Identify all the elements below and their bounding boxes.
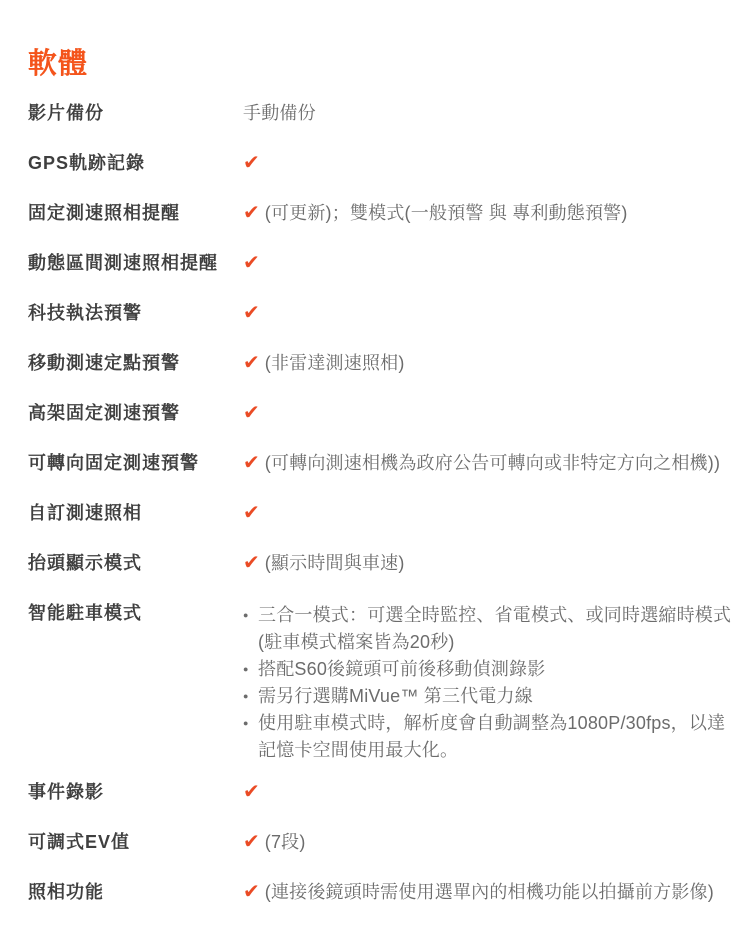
check-icon: ✔ [243, 881, 260, 903]
table-row: 固定測速照相提醒 ✔ (可更新)；雙模式(一般預警 與 專利動態預警) [28, 202, 736, 224]
spec-label: 抬頭顯示模式 [28, 552, 243, 574]
spec-value: ✔ [243, 781, 736, 803]
table-row: 影片備份 手動備份 [28, 102, 736, 124]
page-title: 軟體 [28, 48, 736, 81]
table-row: 可轉向固定測速預警 ✔ (可轉向測速相機為政府公告可轉向或非特定方向之相機)) [28, 452, 736, 474]
spec-value-text: (非雷達測速照相) [265, 352, 405, 374]
spec-value: ✔ [243, 302, 736, 324]
spec-value: 手動備份 [243, 102, 736, 124]
check-icon: ✔ [243, 252, 260, 274]
spec-value: ✔ [243, 402, 736, 424]
table-row: 可調式EV值 ✔ (7段) [28, 831, 736, 853]
check-icon: ✔ [243, 831, 260, 853]
spec-value: ✔ (可更新)；雙模式(一般預警 與 專利動態預警) [243, 202, 736, 224]
spec-label: 科技執法預警 [28, 302, 243, 324]
spec-label: 自訂測速照相 [28, 502, 243, 524]
spec-value: ✔ (非雷達測速照相) [243, 352, 736, 374]
spec-value: ✔ (顯示時間與車速) [243, 552, 736, 574]
table-row: 抬頭顯示模式 ✔ (顯示時間與車速) [28, 552, 736, 574]
spec-value: 三合一模式：可選全時監控、省電模式、或同時選縮時模式(駐車模式檔案皆為20秒)搭… [243, 602, 736, 764]
table-row: 事件錄影 ✔ [28, 781, 736, 803]
spec-value-text: (7段) [265, 831, 306, 853]
list-item: 需另行選購MiVue™ 第三代電力線 [243, 683, 736, 710]
spec-value: ✔ (連接後鏡頭時需使用選單內的相機功能以拍攝前方影像) [243, 881, 736, 903]
spec-table: 影片備份 手動備份 GPS軌跡記錄 ✔ 固定測速照相提醒 ✔ (可更新)；雙模式… [28, 102, 736, 903]
table-row: GPS軌跡記錄 ✔ [28, 152, 736, 174]
spec-label: 可轉向固定測速預警 [28, 452, 243, 474]
spec-label: 固定測速照相提醒 [28, 202, 243, 224]
table-row: 自訂測速照相 ✔ [28, 502, 736, 524]
list-item: 三合一模式：可選全時監控、省電模式、或同時選縮時模式(駐車模式檔案皆為20秒) [243, 602, 736, 656]
spec-label: 移動測速定點預警 [28, 352, 243, 374]
spec-label: 影片備份 [28, 102, 243, 124]
table-row: 動態區間測速照相提醒 ✔ [28, 252, 736, 274]
spec-label: GPS軌跡記錄 [28, 152, 243, 174]
spec-value-text: (顯示時間與車速) [265, 552, 405, 574]
check-icon: ✔ [243, 552, 260, 574]
spec-label: 事件錄影 [28, 781, 243, 803]
check-icon: ✔ [243, 352, 260, 374]
spec-value: ✔ (可轉向測速相機為政府公告可轉向或非特定方向之相機)) [243, 452, 736, 474]
list-item: 使用駐車模式時，解析度會自動調整為1080P/30fps，以達記憶卡空間使用最大… [243, 710, 736, 764]
spec-value-text: (可更新)；雙模式(一般預警 與 專利動態預警) [265, 202, 628, 224]
table-row: 高架固定測速預警 ✔ [28, 402, 736, 424]
check-icon: ✔ [243, 302, 260, 324]
spec-value: ✔ [243, 252, 736, 274]
spec-value: ✔ (7段) [243, 831, 736, 853]
spec-label: 高架固定測速預警 [28, 402, 243, 424]
table-row: 照相功能 ✔ (連接後鏡頭時需使用選單內的相機功能以拍攝前方影像) [28, 881, 736, 903]
spec-value: ✔ [243, 152, 736, 174]
spec-label: 動態區間測速照相提醒 [28, 252, 243, 274]
spec-label: 可調式EV值 [28, 831, 243, 853]
table-row: 科技執法預警 ✔ [28, 302, 736, 324]
check-icon: ✔ [243, 502, 260, 524]
check-icon: ✔ [243, 781, 260, 803]
check-icon: ✔ [243, 402, 260, 424]
table-row: 智能駐車模式 三合一模式：可選全時監控、省電模式、或同時選縮時模式(駐車模式檔案… [28, 602, 736, 764]
check-icon: ✔ [243, 202, 260, 224]
spec-label: 智能駐車模式 [28, 602, 243, 624]
check-icon: ✔ [243, 452, 260, 474]
check-icon: ✔ [243, 152, 260, 174]
software-spec-page: 軟體 影片備份 手動備份 GPS軌跡記錄 ✔ 固定測速照相提醒 ✔ (可更新)；… [0, 0, 750, 903]
list-item: 搭配S60後鏡頭可前後移動偵測錄影 [243, 656, 736, 683]
spec-value: ✔ [243, 502, 736, 524]
spec-value-text: (連接後鏡頭時需使用選單內的相機功能以拍攝前方影像) [265, 881, 714, 903]
table-row: 移動測速定點預警 ✔ (非雷達測速照相) [28, 352, 736, 374]
spec-value-text: (可轉向測速相機為政府公告可轉向或非特定方向之相機)) [265, 452, 720, 474]
spec-value-text: 手動備份 [243, 102, 316, 124]
spec-label: 照相功能 [28, 881, 243, 903]
parking-mode-notes: 三合一模式：可選全時監控、省電模式、或同時選縮時模式(駐車模式檔案皆為20秒)搭… [243, 602, 736, 764]
